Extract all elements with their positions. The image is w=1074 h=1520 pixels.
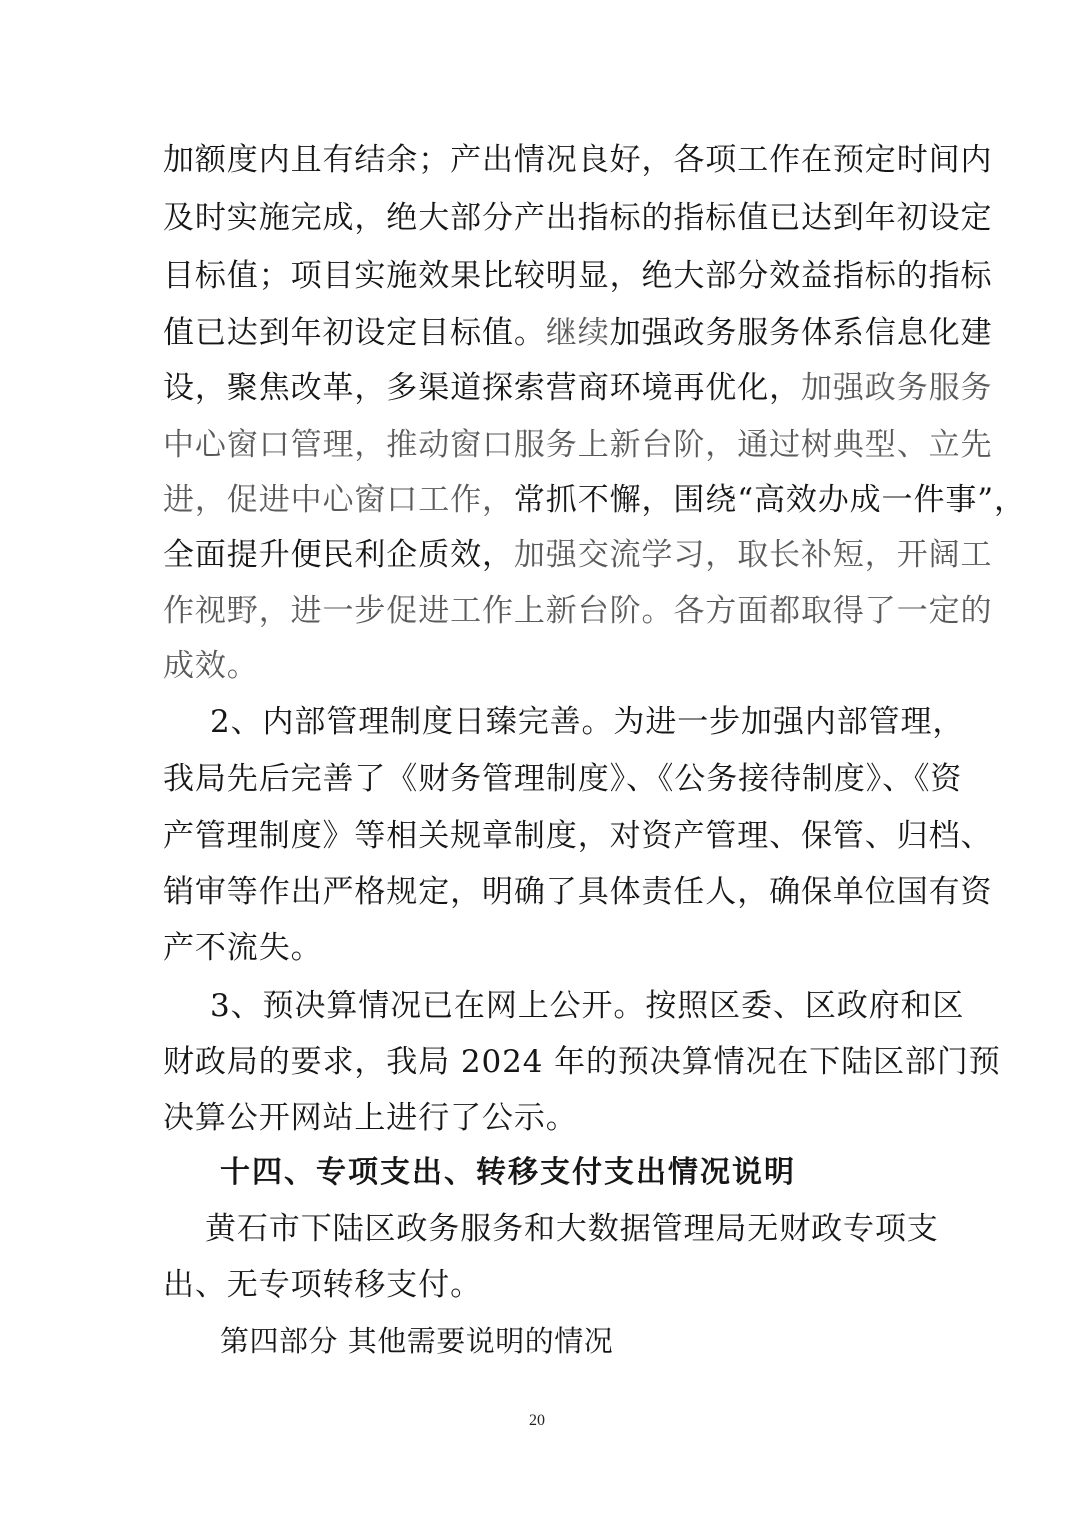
text-line: 2、内部管理制度日臻完善。为进一步加强内部管理， bbox=[210, 702, 913, 742]
text-line: 全面提升便民利企质效，加强交流学习，取长补短，开阔工 bbox=[163, 535, 913, 575]
text-line: 出、无专项转移支付。 bbox=[163, 1265, 913, 1305]
text-line: 产不流失。 bbox=[163, 928, 913, 968]
text-line: 销审等作出严格规定，明确了具体责任人，确保单位国有资 bbox=[163, 872, 913, 912]
text-span: 继续 bbox=[546, 315, 610, 351]
page-number: 20 bbox=[0, 1412, 1074, 1430]
text-span: 常抓不懈，围绕“高效办成一件事”， bbox=[514, 482, 1026, 518]
text-span: 值已达到年初设定目标值。 bbox=[163, 315, 546, 351]
text-span: 进，促进中心窗口工作， bbox=[163, 482, 514, 518]
text-line: 我局先后完善了《财务管理制度》、《公务接待制度》、《资 bbox=[163, 759, 913, 799]
text-line: 中心窗口管理，推动窗口服务上新台阶，通过树典型、立先 bbox=[163, 425, 913, 465]
section-heading-14: 十四、专项支出、转移支付支出情况说明 bbox=[220, 1153, 970, 1193]
text-line: 黄石市下陆区政务服务和大数据管理局无财政专项支 bbox=[205, 1209, 913, 1249]
text-span: 加强交流学习，取长补短，开阔工 bbox=[514, 537, 993, 573]
text-line: 产管理制度》等相关规章制度，对资产管理、保管、归档、 bbox=[163, 816, 913, 856]
text-line: 决算公开网站上进行了公示。 bbox=[163, 1098, 913, 1138]
text-line: 进，促进中心窗口工作，常抓不懈，围绕“高效办成一件事”， bbox=[163, 480, 913, 520]
text-line: 3、预决算情况已在网上公开。按照区委、区政府和区 bbox=[210, 986, 913, 1026]
text-span: 加强政务服务体系信息化建 bbox=[610, 315, 993, 351]
text-line: 加额度内且有结余；产出情况良好，各项工作在预定时间内 bbox=[163, 140, 913, 180]
text-line: 目标值；项目实施效果比较明显，绝大部分效益指标的指标 bbox=[163, 256, 913, 296]
text-line: 设，聚焦改革，多渠道探索营商环境再优化，加强政务服务 bbox=[163, 368, 913, 408]
document-page: 加额度内且有结余；产出情况良好，各项工作在预定时间内 及时实施完成，绝大部分产出… bbox=[0, 0, 1074, 1520]
text-line: 及时实施完成，绝大部分产出指标的指标值已达到年初设定 bbox=[163, 198, 913, 238]
text-span: 设，聚焦改革，多渠道探索营商环境再优化， bbox=[163, 370, 801, 406]
text-line: 作视野，进一步促进工作上新台阶。各方面都取得了一定的 bbox=[163, 591, 913, 631]
text-span: 加强政务服务 bbox=[801, 370, 992, 406]
text-line: 值已达到年初设定目标值。继续加强政务服务体系信息化建 bbox=[163, 313, 913, 353]
text-span: 全面提升便民利企质效， bbox=[163, 537, 514, 573]
text-line: 财政局的要求，我局 2024 年的预决算情况在下陆区部门预 bbox=[163, 1042, 913, 1082]
text-line: 成效。 bbox=[163, 646, 913, 686]
part-heading-4: 第四部分 其他需要说明的情况 bbox=[220, 1321, 970, 1361]
